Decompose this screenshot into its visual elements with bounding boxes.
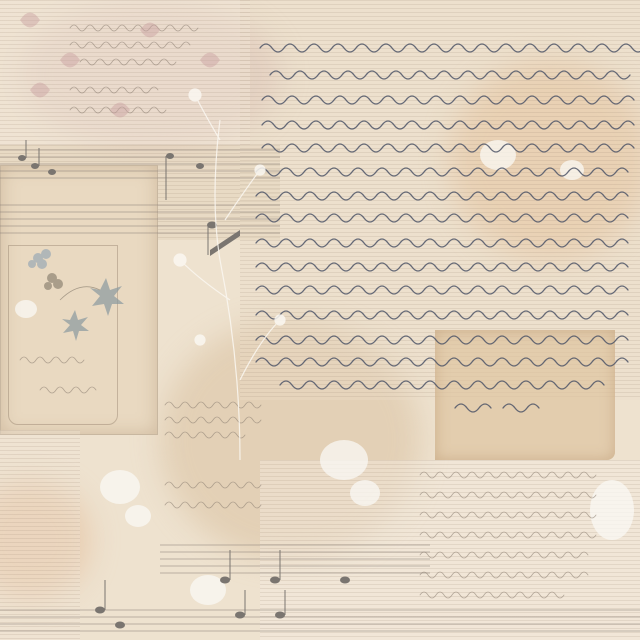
collage-canvas: [0, 0, 640, 640]
ink-layer: [0, 0, 640, 640]
music-staff-upper: [0, 150, 280, 233]
floral-illustration: [28, 249, 124, 341]
handwritten-letter: [256, 44, 640, 412]
